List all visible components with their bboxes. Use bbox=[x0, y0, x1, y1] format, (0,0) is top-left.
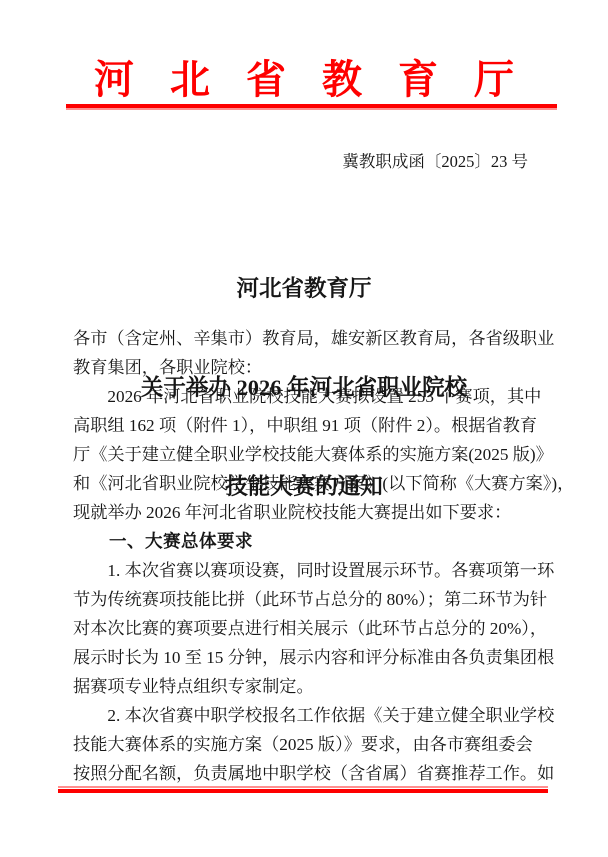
body-line: 展示时长为 10 至 15 分钟，展示内容和评分标准由各负责集团根 bbox=[73, 643, 544, 672]
footer-divider bbox=[58, 786, 548, 793]
header-divider bbox=[66, 104, 557, 110]
document-page: 河北省教育厅 冀教职成函〔2025〕23 号 河北省教育厅 关于举办 2026 … bbox=[0, 0, 608, 857]
agency-name: 河北省教育厅 bbox=[0, 58, 608, 102]
title-line: 河北省教育厅 bbox=[0, 272, 608, 305]
doc-number: 冀教职成函〔2025〕23 号 bbox=[342, 151, 528, 173]
body-line: 据赛项专业特点组织专家制定。 bbox=[73, 672, 544, 701]
footer-divider-thin-line bbox=[58, 786, 548, 788]
body-line: 按照分配名额，负责属地中职学校（含省属）省赛推荐工作。如 bbox=[73, 759, 544, 788]
body-line: 节为传统赛项技能比拼（此环节占总分的 80%）；第二环节为针 bbox=[73, 585, 544, 614]
body-line: 2026 年河北省职业院校技能大赛拟设置 253 个赛项，其中 bbox=[73, 382, 544, 411]
body-line: 技能大赛体系的实施方案（2025 版）》要求，由各市赛组委会 bbox=[73, 730, 544, 759]
body-line: 现就举办 2026 年河北省职业院校技能大赛提出如下要求： bbox=[73, 498, 544, 527]
header-divider-thin-line bbox=[66, 108, 557, 110]
document-body: 各市（含定州、辛集市）教育局，雄安新区教育局，各省级职业 教育集团，各职业院校：… bbox=[73, 324, 544, 788]
body-line: 各市（含定州、辛集市）教育局，雄安新区教育局，各省级职业 bbox=[73, 324, 544, 353]
body-line: 高职组 162 项（附件 1），中职组 91 项（附件 2）。根据省教育 bbox=[73, 411, 544, 440]
body-line: 和《河北省职业院校学生技能大赛方案》(以下简称《大赛方案》)， bbox=[73, 469, 544, 498]
body-line: 1. 本次省赛以赛项设赛，同时设置展示环节。各赛项第一环 bbox=[73, 556, 544, 585]
body-line: 2. 本次省赛中职学校报名工作依据《关于建立健全职业学校 bbox=[73, 701, 544, 730]
section-heading: 一、大赛总体要求 bbox=[73, 527, 544, 556]
body-line: 对本次比赛的赛项要点进行相关展示（此环节占总分的 20%）， bbox=[73, 614, 544, 643]
body-line: 厅《关于建立健全职业学校技能大赛体系的实施方案(2025 版)》 bbox=[73, 440, 544, 469]
footer-divider-thick-line bbox=[58, 789, 548, 793]
body-line: 教育集团，各职业院校： bbox=[73, 353, 544, 382]
